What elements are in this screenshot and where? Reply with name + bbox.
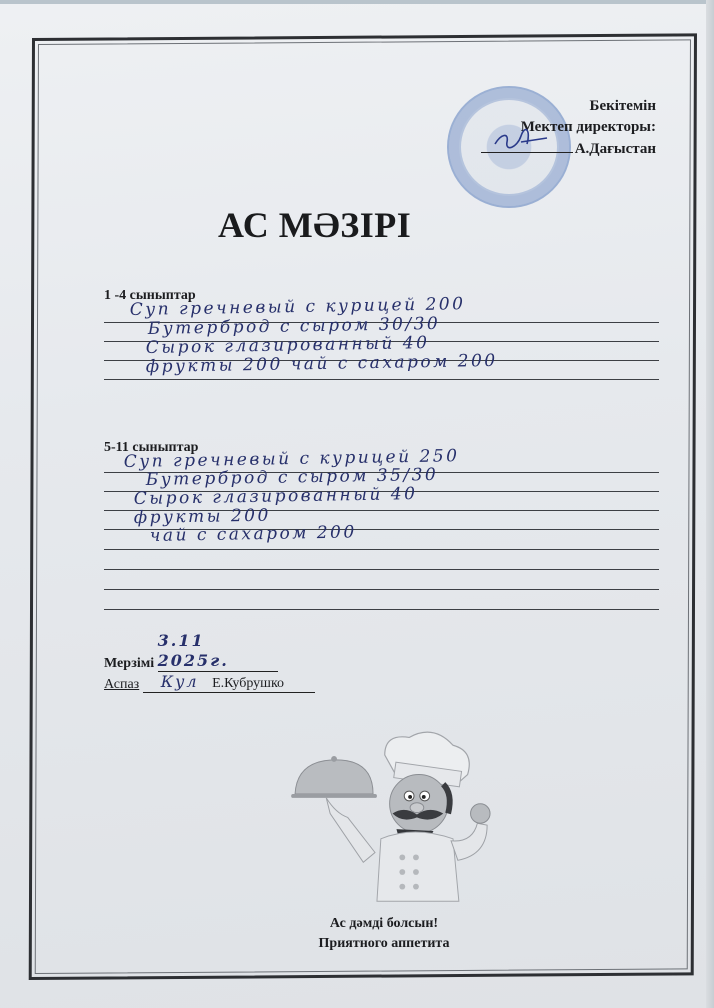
closing-message: Ас дәмді болсын! Приятного аппетита	[0, 914, 714, 954]
date-value: 3.11 2025г.	[158, 631, 229, 670]
closing-kazakh: Ас дәмді болсын!	[0, 914, 714, 934]
approval-block: Бекітемін Мектеп директоры: А.Дағыстан	[481, 96, 656, 160]
menu-item: чай с сахаром 200	[150, 522, 357, 546]
approval-title: Бекітемін	[481, 96, 656, 117]
cook-label: Аспаз	[104, 677, 139, 692]
ruled-line	[104, 589, 659, 590]
closing-russian: Приятного аппетита	[0, 934, 714, 954]
cook-signature: Кул	[161, 672, 199, 691]
ruled-line	[104, 569, 659, 570]
cook-name: Е.Кубрушко	[212, 676, 284, 691]
date-line: 3.11 2025г.	[158, 631, 278, 672]
background-edge	[706, 0, 714, 1008]
ruled-line	[104, 609, 659, 610]
page-title: АС МӘЗІРІ	[218, 204, 411, 246]
menu-sheet: Бекітемін Мектеп директоры: А.Дағыстан А…	[0, 4, 714, 1008]
date-field: Мерзімі 3.11 2025г.	[104, 631, 278, 672]
director-name: А.Дағыстан	[575, 141, 656, 157]
director-signature-icon	[491, 126, 551, 152]
date-label: Мерзімі	[104, 656, 154, 671]
cook-field: Аспаз Кул Е.Кубрушко	[104, 672, 315, 693]
ruled-line	[104, 379, 659, 380]
chef-illustration-icon	[282, 716, 507, 911]
director-signature-line	[481, 138, 573, 153]
approval-signature-row: А.Дағыстан	[481, 138, 656, 160]
cook-line: Кул Е.Кубрушко	[143, 672, 315, 693]
ruled-line	[104, 549, 659, 550]
